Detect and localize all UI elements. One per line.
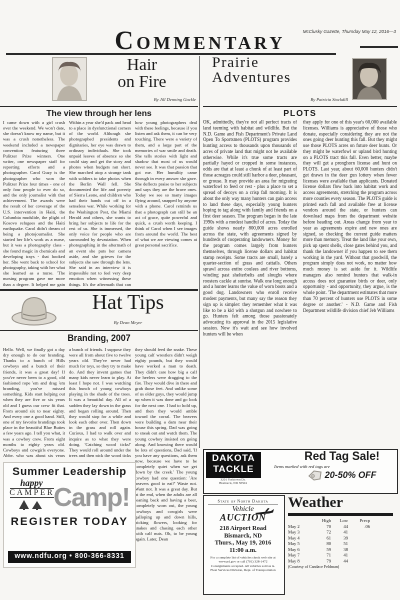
hair-body-columns: I came down with a girl crush over the w…	[3, 120, 198, 287]
camp-ad-headline: Summer Leadership	[4, 466, 135, 478]
hattips-mid-rule	[0, 330, 198, 331]
auction-state-header: State of North Dakota	[208, 499, 278, 505]
column-divider	[199, 56, 200, 448]
weather-row: May 2 70 44 .06	[288, 523, 397, 529]
weather-row: May 7 71 41	[288, 552, 397, 558]
cowboy-hat-photo	[10, 294, 58, 326]
weather-courtesy: (Courtesy of Candace Feldman)	[288, 564, 397, 569]
weather-row: May 3 72 41	[288, 529, 397, 535]
airplane-icon	[254, 508, 275, 516]
columnist-photo	[352, 58, 387, 100]
weather-row: May 5 80 51	[288, 541, 397, 547]
header-dash-rule	[360, 46, 398, 48]
auction-details: 218 Airport Road Bismarck, ND Thurs., Ma…	[204, 524, 282, 554]
article-title-hattips: Hat Tips	[58, 292, 198, 313]
weather-row: May 8 79 44	[288, 558, 397, 564]
hair-subhead: The view through her lens	[0, 108, 198, 118]
tackle-discount: 20-50% OFF	[325, 470, 377, 480]
article-column: Hello. Well, we finally got a day dry en…	[3, 347, 65, 457]
hair-header-rule	[0, 106, 198, 107]
happy-camper-logo: happy CAMPER	[10, 479, 54, 514]
weather-title: Weather	[288, 495, 397, 512]
newspaper-page: McClusky Gazette, Thursday May 12, 2016—…	[0, 0, 400, 600]
byline-prairie: By Patricia Stockdill	[240, 97, 348, 105]
tackle-headline: Red Tag Sale!	[262, 451, 400, 464]
article-title-prairie: Prairie Adventures	[212, 56, 342, 86]
weather-table-header: High Low Precp	[288, 518, 397, 524]
article-column: Within a year she'd pack and head to a p…	[69, 120, 131, 287]
weather-rule	[288, 513, 393, 516]
prairie-header-rule	[203, 106, 397, 107]
price-tag-icon	[308, 470, 322, 481]
header-rule	[6, 53, 336, 55]
auction-fine-print: For a complete list of vehicles check we…	[204, 556, 282, 573]
dakota-tackle-logo: DAKOTA TACKLE	[206, 452, 261, 478]
weather-rows: May 2 70 44 .06 May 3 72 41	[288, 523, 397, 563]
camp-ad-contact-bar: www.ndfu.org • 800-366-8331	[8, 551, 131, 563]
tackle-ad: DAKOTA TACKLE 3201 Yorktown Dr. Bismarck…	[203, 449, 398, 494]
article-column: they should feed the snake. These young …	[135, 347, 198, 585]
branding-subhead: Branding, 2007	[0, 333, 198, 343]
plots-body-columns: OK, admittedly, they're not all perfect …	[203, 120, 397, 447]
byline-hair: By Jill Denning Gackle	[96, 97, 196, 105]
article-column: a bunch of friends. I suppose they were …	[69, 347, 131, 457]
weather-row: May 4 61 39	[288, 535, 397, 541]
vehicle-auction-ad: State of North Dakota Vehicle AUCTION 21…	[203, 495, 285, 595]
camp-ad-cta: REGISTER TODAY	[4, 516, 135, 528]
prairie-subhead: PLOTS	[203, 108, 397, 118]
section-title: Commentary	[0, 26, 400, 56]
byline-hattips: By Dean Meyer	[58, 320, 198, 328]
columnist-photo	[52, 57, 87, 101]
camp-ad-bigword: Camp!	[54, 484, 130, 510]
article-column: how young photographers deal with these …	[135, 120, 197, 287]
article-column: they apply for one of this year's 60,000…	[303, 120, 397, 447]
article-column: I came down with a girl crush over the w…	[3, 120, 65, 287]
trees-icon	[17, 500, 47, 510]
weather-row: May 6 59 38	[288, 546, 397, 552]
camp-ad: Summer Leadership happy CAMPER Camp! REG…	[3, 462, 136, 568]
tackle-address: 3201 Yorktown Dr. Bismarck, ND 58504	[206, 478, 261, 488]
article-column: OK, admittedly, they're not all perfect …	[203, 120, 297, 447]
article-title-hair: Hair on Fire	[88, 56, 196, 90]
weather-box: Weather High Low Precp May 2 70 44	[288, 495, 397, 580]
